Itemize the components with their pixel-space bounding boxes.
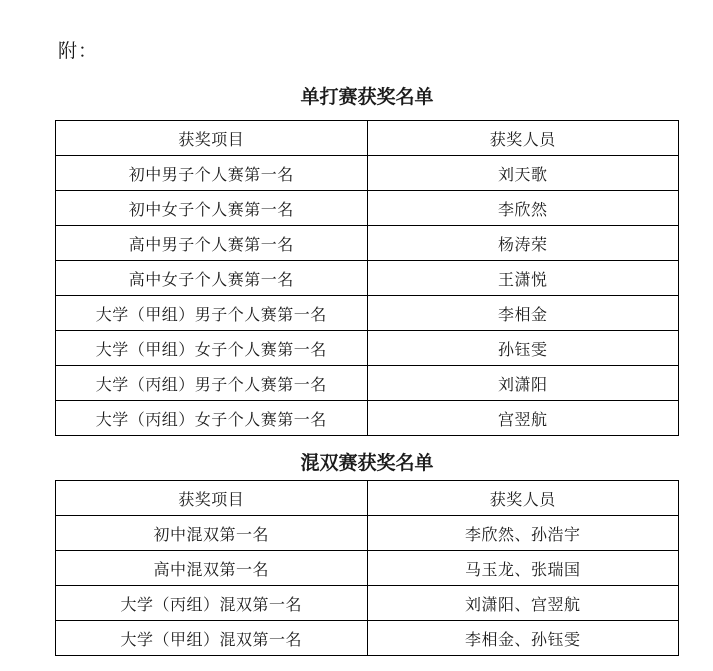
award-winner-cell: 马玉龙、张瑞国 [367,551,679,586]
award-category-cell: 高中男子个人赛第一名 [56,226,368,261]
mixed-doubles-table-body: 初中混双第一名 李欣然、孙浩宇 高中混双第一名 马玉龙、张瑞国 大学（丙组）混双… [56,516,679,656]
singles-table-header: 获奖项目 获奖人员 [56,121,679,156]
table-row: 高中女子个人赛第一名 王潇悦 [56,261,679,296]
award-category-cell: 大学（甲组）男子个人赛第一名 [56,296,368,331]
award-winner-cell: 刘天歌 [367,156,679,191]
table-row: 大学（丙组）女子个人赛第一名 宫翌航 [56,401,679,436]
award-winner-header: 获奖人员 [367,121,679,156]
award-category-cell: 大学（甲组）混双第一名 [56,621,368,656]
attachment-label: 附： [58,36,98,63]
award-winner-cell: 宫翌航 [367,401,679,436]
table-row: 高中男子个人赛第一名 杨涛荣 [56,226,679,261]
table-row: 大学（甲组）男子个人赛第一名 李相金 [56,296,679,331]
singles-award-table: 获奖项目 获奖人员 初中男子个人赛第一名 刘天歌 初中女子个人赛第一名 李欣然 … [55,120,679,436]
award-category-header: 获奖项目 [56,121,368,156]
award-category-cell: 初中女子个人赛第一名 [56,191,368,226]
award-category-cell: 初中男子个人赛第一名 [56,156,368,191]
award-winner-cell: 李相金 [367,296,679,331]
table-row: 大学（甲组）女子个人赛第一名 孙钰雯 [56,331,679,366]
award-category-cell: 大学（丙组）混双第一名 [56,586,368,621]
award-winner-cell: 孙钰雯 [367,331,679,366]
singles-table-body: 初中男子个人赛第一名 刘天歌 初中女子个人赛第一名 李欣然 高中男子个人赛第一名… [56,156,679,436]
award-category-header: 获奖项目 [56,481,368,516]
award-winner-cell: 刘潇阳 [367,366,679,401]
award-category-cell: 高中女子个人赛第一名 [56,261,368,296]
table-row: 高中混双第一名 马玉龙、张瑞国 [56,551,679,586]
award-category-cell: 高中混双第一名 [56,551,368,586]
award-winner-cell: 李欣然、孙浩宇 [367,516,679,551]
award-winner-cell: 李相金、孙钰雯 [367,621,679,656]
award-category-cell: 大学（丙组）女子个人赛第一名 [56,401,368,436]
section-title-mixed-doubles: 混双赛获奖名单 [55,448,679,475]
table-row: 大学（甲组）混双第一名 李相金、孙钰雯 [56,621,679,656]
table-row: 大学（丙组）男子个人赛第一名 刘潇阳 [56,366,679,401]
mixed-doubles-table-header: 获奖项目 获奖人员 [56,481,679,516]
table-header-row: 获奖项目 获奖人员 [56,481,679,516]
award-winner-cell: 刘潇阳、宫翌航 [367,586,679,621]
section-title-singles: 单打赛获奖名单 [55,82,679,109]
table-header-row: 获奖项目 获奖人员 [56,121,679,156]
award-winner-cell: 王潇悦 [367,261,679,296]
award-winner-cell: 李欣然 [367,191,679,226]
table-row: 初中混双第一名 李欣然、孙浩宇 [56,516,679,551]
award-category-cell: 大学（丙组）男子个人赛第一名 [56,366,368,401]
award-winner-header: 获奖人员 [367,481,679,516]
table-row: 初中男子个人赛第一名 刘天歌 [56,156,679,191]
award-category-cell: 初中混双第一名 [56,516,368,551]
table-row: 大学（丙组）混双第一名 刘潇阳、宫翌航 [56,586,679,621]
award-winner-cell: 杨涛荣 [367,226,679,261]
award-category-cell: 大学（甲组）女子个人赛第一名 [56,331,368,366]
table-row: 初中女子个人赛第一名 李欣然 [56,191,679,226]
mixed-doubles-award-table: 获奖项目 获奖人员 初中混双第一名 李欣然、孙浩宇 高中混双第一名 马玉龙、张瑞… [55,480,679,656]
